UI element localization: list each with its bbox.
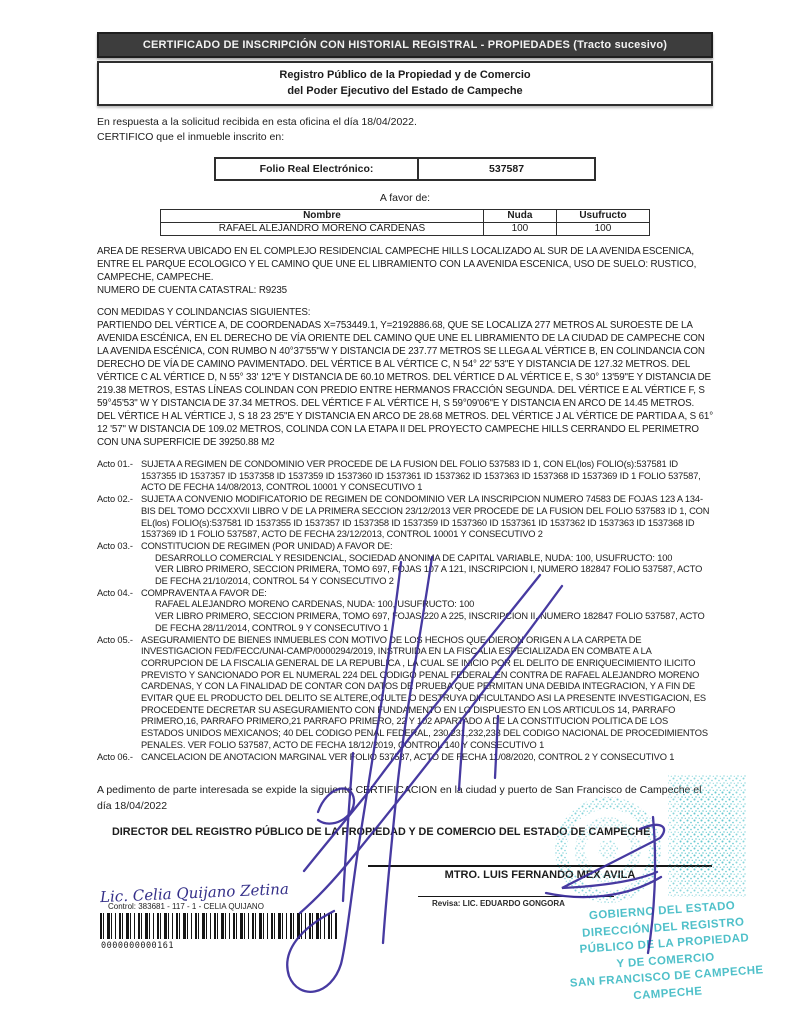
folio-real-box: Folio Real Electrónico: 537587: [214, 157, 596, 181]
acto-02-label: Acto 02.-: [97, 494, 141, 541]
registry-office-line2: del Poder Ejecutivo del Estado de Campec…: [101, 83, 709, 99]
list-item-acto-03: Acto 03.- CONSTITUCION DE REGIMEN (POR U…: [97, 541, 713, 588]
acto-01-text: SUJETA A REGIMEN DE CONDOMINIO VER PROCE…: [141, 459, 713, 494]
property-description-block: AREA DE RESERVA UBICADO EN EL COMPLEJO R…: [97, 245, 713, 297]
list-item-acto-02: Acto 02.- SUJETA A CONVENIO MODIFICATORI…: [97, 494, 713, 541]
list-item-acto-04: Acto 04.- COMPRAVENTA A FAVOR DE: RAFAEL…: [97, 588, 713, 635]
registry-office-box: Registro Público de la Propiedad y de Co…: [97, 61, 713, 106]
list-item-acto-06: Acto 06.- CANCELACION DE ANOTACION MARGI…: [97, 752, 713, 764]
acto-03-line-2: DESARROLLO COMERCIAL Y RESIDENCIAL, SOCI…: [155, 553, 713, 565]
acto-03-text: CONSTITUCION DE REGIMEN (POR UNIDAD) A F…: [141, 541, 713, 588]
registry-stamp-text: GOBIERNO DEL ESTADO DIRECCIÓN DEL REGIST…: [537, 894, 790, 1010]
signature-rule: [368, 865, 712, 867]
document-content: CERTIFICADO DE INSCRIPCIÓN CON HISTORIAL…: [97, 32, 713, 763]
a-favor-de-heading: A favor de:: [97, 192, 713, 204]
column-header-nombre: Nombre: [161, 210, 484, 223]
folio-real-wrapper: Folio Real Electrónico: 537587: [97, 157, 713, 181]
measures-body: PARTIENDO DEL VÉRTICE A, DE COORDENADAS …: [97, 319, 713, 449]
acto-03-label: Acto 03.-: [97, 541, 141, 588]
acts-list: Acto 01.- SUJETA A REGIMEN DE CONDOMINIO…: [97, 459, 713, 763]
acto-04-label: Acto 04.-: [97, 588, 141, 635]
certificate-page: CERTIFICADO DE INSCRIPCIÓN CON HISTORIAL…: [0, 0, 790, 1024]
acto-04-line-1: COMPRAVENTA A FAVOR DE:: [141, 588, 713, 600]
acto-03-line-3: VER LIBRO PRIMERO, SECCION PRIMERA, TOMO…: [155, 564, 713, 587]
column-header-nuda: Nuda: [483, 210, 556, 223]
intro-response-line: En respuesta a la solicitud recibida en …: [97, 115, 713, 130]
owner-nuda-cell: 100: [483, 223, 556, 236]
acto-01-label: Acto 01.-: [97, 459, 141, 494]
intro-certify-line: CERTIFICO que el inmueble inscrito en:: [97, 130, 713, 145]
measures-block: CON MEDIDAS Y COLINDANCIAS SIGUIENTES: P…: [97, 306, 713, 449]
acto-06-label: Acto 06.-: [97, 752, 141, 764]
acto-05-label: Acto 05.-: [97, 635, 141, 752]
signer-name: MTRO. LUIS FERNANDO MEX AVILA: [368, 869, 712, 881]
owners-table-header-row: Nombre Nuda Usufructo: [161, 210, 650, 223]
revisa-label: Revisa: LIC. EDUARDO GONGORA: [432, 899, 565, 908]
document-title-band: CERTIFICADO DE INSCRIPCIÓN CON HISTORIAL…: [97, 32, 713, 58]
cadastral-account-number: NUMERO DE CUENTA CATASTRAL: R9235: [97, 284, 713, 297]
acto-03-line-1: CONSTITUCION DE REGIMEN (POR UNIDAD) A F…: [141, 541, 713, 553]
barcode: [100, 913, 337, 939]
folio-real-value: 537587: [419, 159, 594, 179]
acto-04-text: COMPRAVENTA A FAVOR DE: RAFAEL ALEJANDRO…: [141, 588, 713, 635]
folio-real-label: Folio Real Electrónico:: [216, 159, 419, 179]
barcode-number: 0000000000161: [101, 941, 174, 951]
control-number: Control: 383681 - 117 - 1 - CELIA QUIJAN…: [108, 902, 264, 911]
acto-04-line-3: VER LIBRO PRIMERO, SECCION PRIMERA, TOMO…: [155, 611, 713, 634]
list-item-acto-01: Acto 01.- SUJETA A REGIMEN DE CONDOMINIO…: [97, 459, 713, 494]
director-title: DIRECTOR DEL REGISTRO PÚBLICO DE LA PROP…: [112, 826, 712, 838]
owner-usufructo-cell: 100: [556, 223, 649, 236]
measures-title: CON MEDIDAS Y COLINDANCIAS SIGUIENTES:: [97, 306, 713, 319]
property-description: AREA DE RESERVA UBICADO EN EL COMPLEJO R…: [97, 245, 713, 284]
list-item-acto-05: Acto 05.- ASEGURAMIENTO DE BIENES INMUEB…: [97, 635, 713, 752]
acto-02-text: SUJETA A CONVENIO MODIFICATORIO DE REGIM…: [141, 494, 713, 541]
acto-06-text: CANCELACION DE ANOTACION MARGINAL VER FO…: [141, 752, 713, 764]
table-row: RAFAEL ALEJANDRO MORENO CARDENAS 100 100: [161, 223, 650, 236]
owner-name-cell: RAFAEL ALEJANDRO MORENO CARDENAS: [161, 223, 484, 236]
round-eagle-seal-icon: [561, 803, 655, 897]
revisa-rule: [418, 896, 614, 897]
acto-04-line-2: RAFAEL ALEJANDRO MORENO CARDENAS, NUDA: …: [155, 599, 713, 611]
acto-05-text: ASEGURAMIENTO DE BIENES INMUEBLES CON MO…: [141, 635, 713, 752]
owners-table: Nombre Nuda Usufructo RAFAEL ALEJANDRO M…: [160, 209, 650, 236]
registry-office-line1: Registro Público de la Propiedad y de Co…: [101, 67, 709, 83]
intro-block: En respuesta a la solicitud recibida en …: [97, 115, 713, 145]
column-header-usufructo: Usufructo: [556, 210, 649, 223]
issuance-statement: A pedimento de parte interesada se expid…: [97, 783, 713, 814]
